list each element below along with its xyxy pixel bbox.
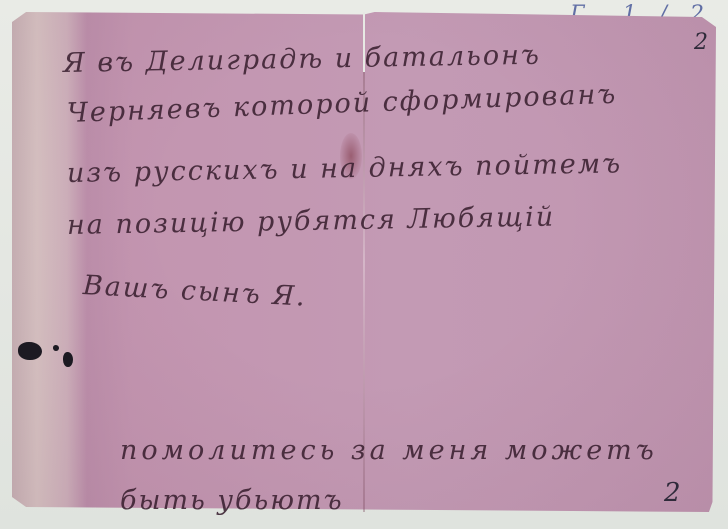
letter-postscript-line: помолитесь за меня можетъ [120, 435, 658, 466]
letter-postscript-line: быть убьютъ [120, 485, 344, 516]
page-number-top: 2 [694, 30, 708, 55]
ink-blot [18, 342, 42, 360]
ink-blot [53, 345, 59, 351]
ink-blot [63, 352, 73, 367]
page-number-bottom: 2 [664, 478, 681, 508]
